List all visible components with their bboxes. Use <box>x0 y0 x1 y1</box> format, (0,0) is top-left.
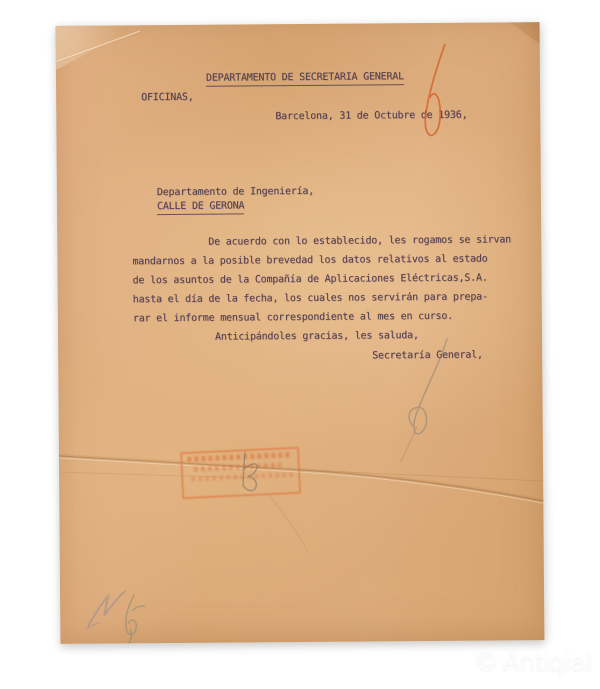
letter-paper: DEPARTAMENTO DE SECRETARIA GENERAL OFICI… <box>56 22 545 644</box>
pen-check-mark <box>425 45 446 136</box>
antiqial-watermark: © Antiqial <box>477 646 592 677</box>
photo-background: DEPARTAMENTO DE SECRETARIA GENERAL OFICI… <box>0 0 600 689</box>
pencil-signature <box>400 339 448 461</box>
handwritten-marks <box>56 22 545 644</box>
stamp-pencil-monogram <box>243 452 257 490</box>
pencil-note-marks <box>86 591 144 644</box>
